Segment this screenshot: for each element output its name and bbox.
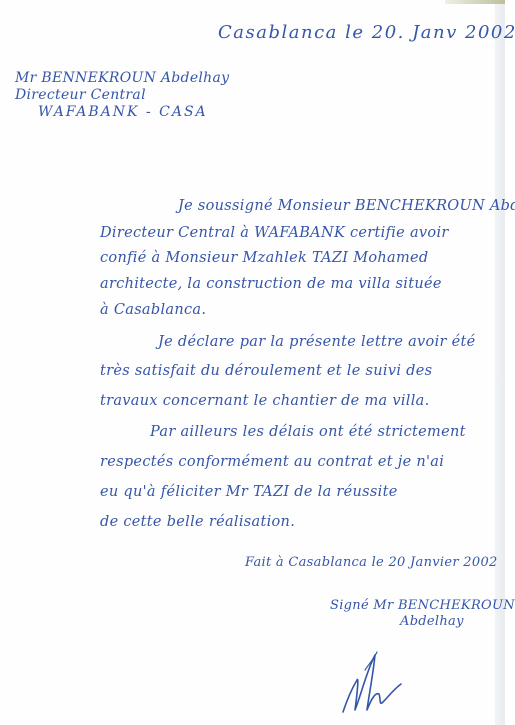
recipient-title: Directeur Central <box>15 87 146 103</box>
signatory-name: Signé Mr BENCHEKROUN <box>330 598 515 613</box>
body-line: de cette belle réalisation. <box>100 514 295 530</box>
body-line: à Casablanca. <box>100 302 206 318</box>
page-corner <box>445 0 505 4</box>
date-line: Casablanca le 20. Janv 2002. <box>218 22 515 43</box>
body-line: Je soussigné Monsieur BENCHEKROUN Abdelh… <box>178 198 515 214</box>
recipient-name: Mr BENNEKROUN Abdelhay <box>15 70 229 86</box>
recipient-organization: WAFABANK - CASA <box>38 104 208 120</box>
page-edge <box>495 0 505 725</box>
signature-icon <box>335 650 405 720</box>
body-line: confié à Monsieur Mzahlek TAZI Mohamed <box>100 250 429 266</box>
body-line: Par ailleurs les délais ont été strictem… <box>150 424 466 440</box>
body-line: travaux concernant le chantier de ma vil… <box>100 393 430 409</box>
closing-place-date: Fait à Casablanca le 20 Janvier 2002 <box>245 555 498 570</box>
body-line: respectés conformément au contrat et je … <box>100 454 444 470</box>
letter-page: Casablanca le 20. Janv 2002. Mr BENNEKRO… <box>0 0 505 725</box>
body-line: Directeur Central à WAFABANK certifie av… <box>100 225 449 241</box>
body-line: Je déclare par la présente lettre avoir … <box>158 334 476 350</box>
body-line: très satisfait du déroulement et le suiv… <box>100 363 432 379</box>
body-line: architecte, la construction de ma villa … <box>100 276 442 292</box>
signatory-firstname: Abdelhay <box>400 614 464 629</box>
body-line: eu qu'à féliciter Mr TAZI de la réussite <box>100 484 398 500</box>
